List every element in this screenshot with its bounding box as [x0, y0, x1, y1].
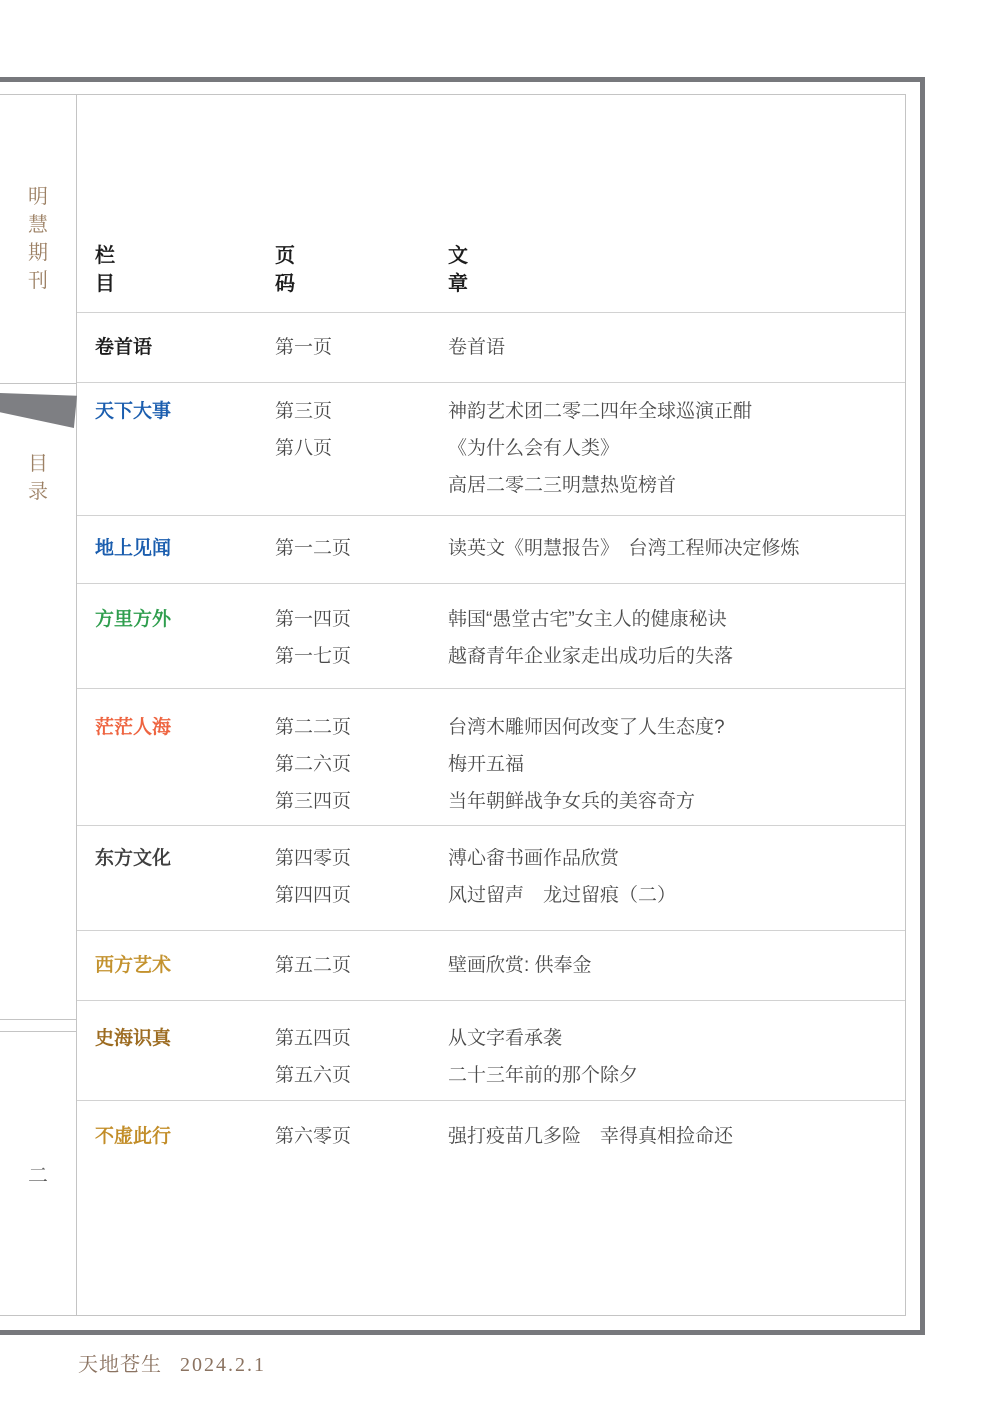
article-title: 壁画欣赏: 供奉金 [448, 947, 905, 984]
toc-row-buxucixing: 不虚此行 第六零页 强打疫苗几多险 幸得真相捡命还 [77, 1101, 905, 1173]
toc-row-mangmangrenhai: 茫茫人海 第二二页 第二六页 第三四页 台湾木雕师因何改变了人生态度? 梅开五福… [77, 689, 905, 826]
category-label: 方里方外 [95, 601, 275, 638]
category-label: 卷首语 [95, 329, 275, 366]
toc-row-dongfangwenhua: 东方文化 第四零页 第四四页 溥心畬书画作品欣赏 风过留声 龙过留痕（二） [77, 826, 905, 931]
toc-row-xifangyishu: 西方艺术 第五二页 壁画欣赏: 供奉金 [77, 931, 905, 1001]
page-ref: 第一四页 [275, 601, 448, 638]
page-ref: 第四零页 [275, 840, 448, 877]
article-title: 当年朝鲜战争女兵的美容奇方 [448, 783, 905, 820]
content-box: 明 慧 期 刊 目 录 二 栏 目 页 码 文 章 卷首语 第一页 卷首语 [0, 94, 906, 1316]
category-label: 东方文化 [95, 840, 275, 877]
article-title: 台湾木雕师因何改变了人生态度? [448, 709, 905, 746]
page-ref: 第五六页 [275, 1057, 448, 1094]
spine-divider-gap [0, 1020, 76, 1032]
frame-top-bar [0, 77, 925, 82]
frame-bottom-bar [0, 1330, 925, 1335]
article-title: 韩国“愚堂古宅”女主人的健康秘诀 [448, 601, 905, 638]
category-label: 天下大事 [95, 393, 275, 430]
article-title: 强打疫苗几多险 幸得真相捡命还 [448, 1118, 905, 1155]
toc-row-shihaishizhen: 史海识真 第五四页 第五六页 从文字看承袭 二十三年前的那个除夕 [77, 1001, 905, 1101]
toc-row-dishangjianwen: 地上见闻 第一二页 读英文《明慧报告》 台湾工程师决定修炼 [77, 516, 905, 584]
header-page: 页 码 [275, 242, 448, 298]
header-category: 栏 目 [95, 242, 275, 298]
toc-row-fanglifangwai: 方里方外 第一四页 第一七页 韩国“愚堂古宅”女主人的健康秘诀 越裔青年企业家走… [77, 584, 905, 689]
page-ref: 第一二页 [275, 530, 448, 567]
article-title: 风过留声 龙过留痕（二） [448, 877, 905, 914]
article-title: 高居二零二三明慧热览榜首 [448, 467, 905, 504]
category-label: 西方艺术 [95, 947, 275, 984]
article-title: 梅开五福 [448, 746, 905, 783]
footer-title: 天地苍生 [78, 1354, 162, 1376]
toc-table: 栏 目 页 码 文 章 卷首语 第一页 卷首语 天下大事 第三页 第八页 神韵艺… [77, 95, 905, 1315]
category-label: 茫茫人海 [95, 709, 275, 746]
spine-masthead-section: 明 慧 期 刊 [0, 95, 76, 384]
masthead-vertical-text: 明 慧 期 刊 [28, 183, 48, 295]
page-ref: 第二二页 [275, 709, 448, 746]
frame-right-bar [920, 77, 925, 1335]
page-footer: 天地苍生2024.2.1 [78, 1348, 266, 1377]
page-ref: 第二六页 [275, 746, 448, 783]
toc-header-row: 栏 目 页 码 文 章 [77, 95, 905, 313]
contents-vertical-label: 目 录 [28, 450, 48, 1019]
page-number: 二 [28, 1159, 48, 1188]
toc-row-tianxiadashi: 天下大事 第三页 第八页 神韵艺术团二零二四年全球巡演正酣 《为什么会有人类》 … [77, 383, 905, 516]
page-ref: 第四四页 [275, 877, 448, 914]
page-ref: 第八页 [275, 430, 448, 467]
article-title: 越裔青年企业家走出成功后的失落 [448, 638, 905, 675]
article-title: 《为什么会有人类》 [448, 430, 905, 467]
article-title: 溥心畬书画作品欣赏 [448, 840, 905, 877]
toc-row-juanshouyu: 卷首语 第一页 卷首语 [77, 313, 905, 383]
page-ref: 第五二页 [275, 947, 448, 984]
article-title: 读英文《明慧报告》 台湾工程师决定修炼 [448, 530, 905, 567]
header-article: 文 章 [448, 242, 905, 298]
magazine-toc-page: 明 慧 期 刊 目 录 二 栏 目 页 码 文 章 卷首语 第一页 卷首语 [0, 0, 1000, 1414]
article-title: 从文字看承袭 [448, 1020, 905, 1057]
page-ref: 第五四页 [275, 1020, 448, 1057]
spine-column: 明 慧 期 刊 目 录 二 [0, 95, 77, 1315]
category-label: 地上见闻 [95, 530, 275, 567]
page-ref: 第六零页 [275, 1118, 448, 1155]
page-ref: 第三页 [275, 393, 448, 430]
spine-pagenumber-section: 二 [0, 1032, 76, 1315]
footer-date: 2024.2.1 [180, 1354, 266, 1376]
category-label: 不虚此行 [95, 1118, 275, 1155]
page-ref: 第一七页 [275, 638, 448, 675]
spine-contents-section: 目 录 [0, 384, 76, 1020]
article-title: 二十三年前的那个除夕 [448, 1057, 905, 1094]
article-title: 卷首语 [448, 329, 905, 366]
article-title: 神韵艺术团二零二四年全球巡演正酣 [448, 393, 905, 430]
page-ref: 第一页 [275, 329, 448, 366]
page-ref: 第三四页 [275, 783, 448, 820]
category-label: 史海识真 [95, 1020, 275, 1057]
